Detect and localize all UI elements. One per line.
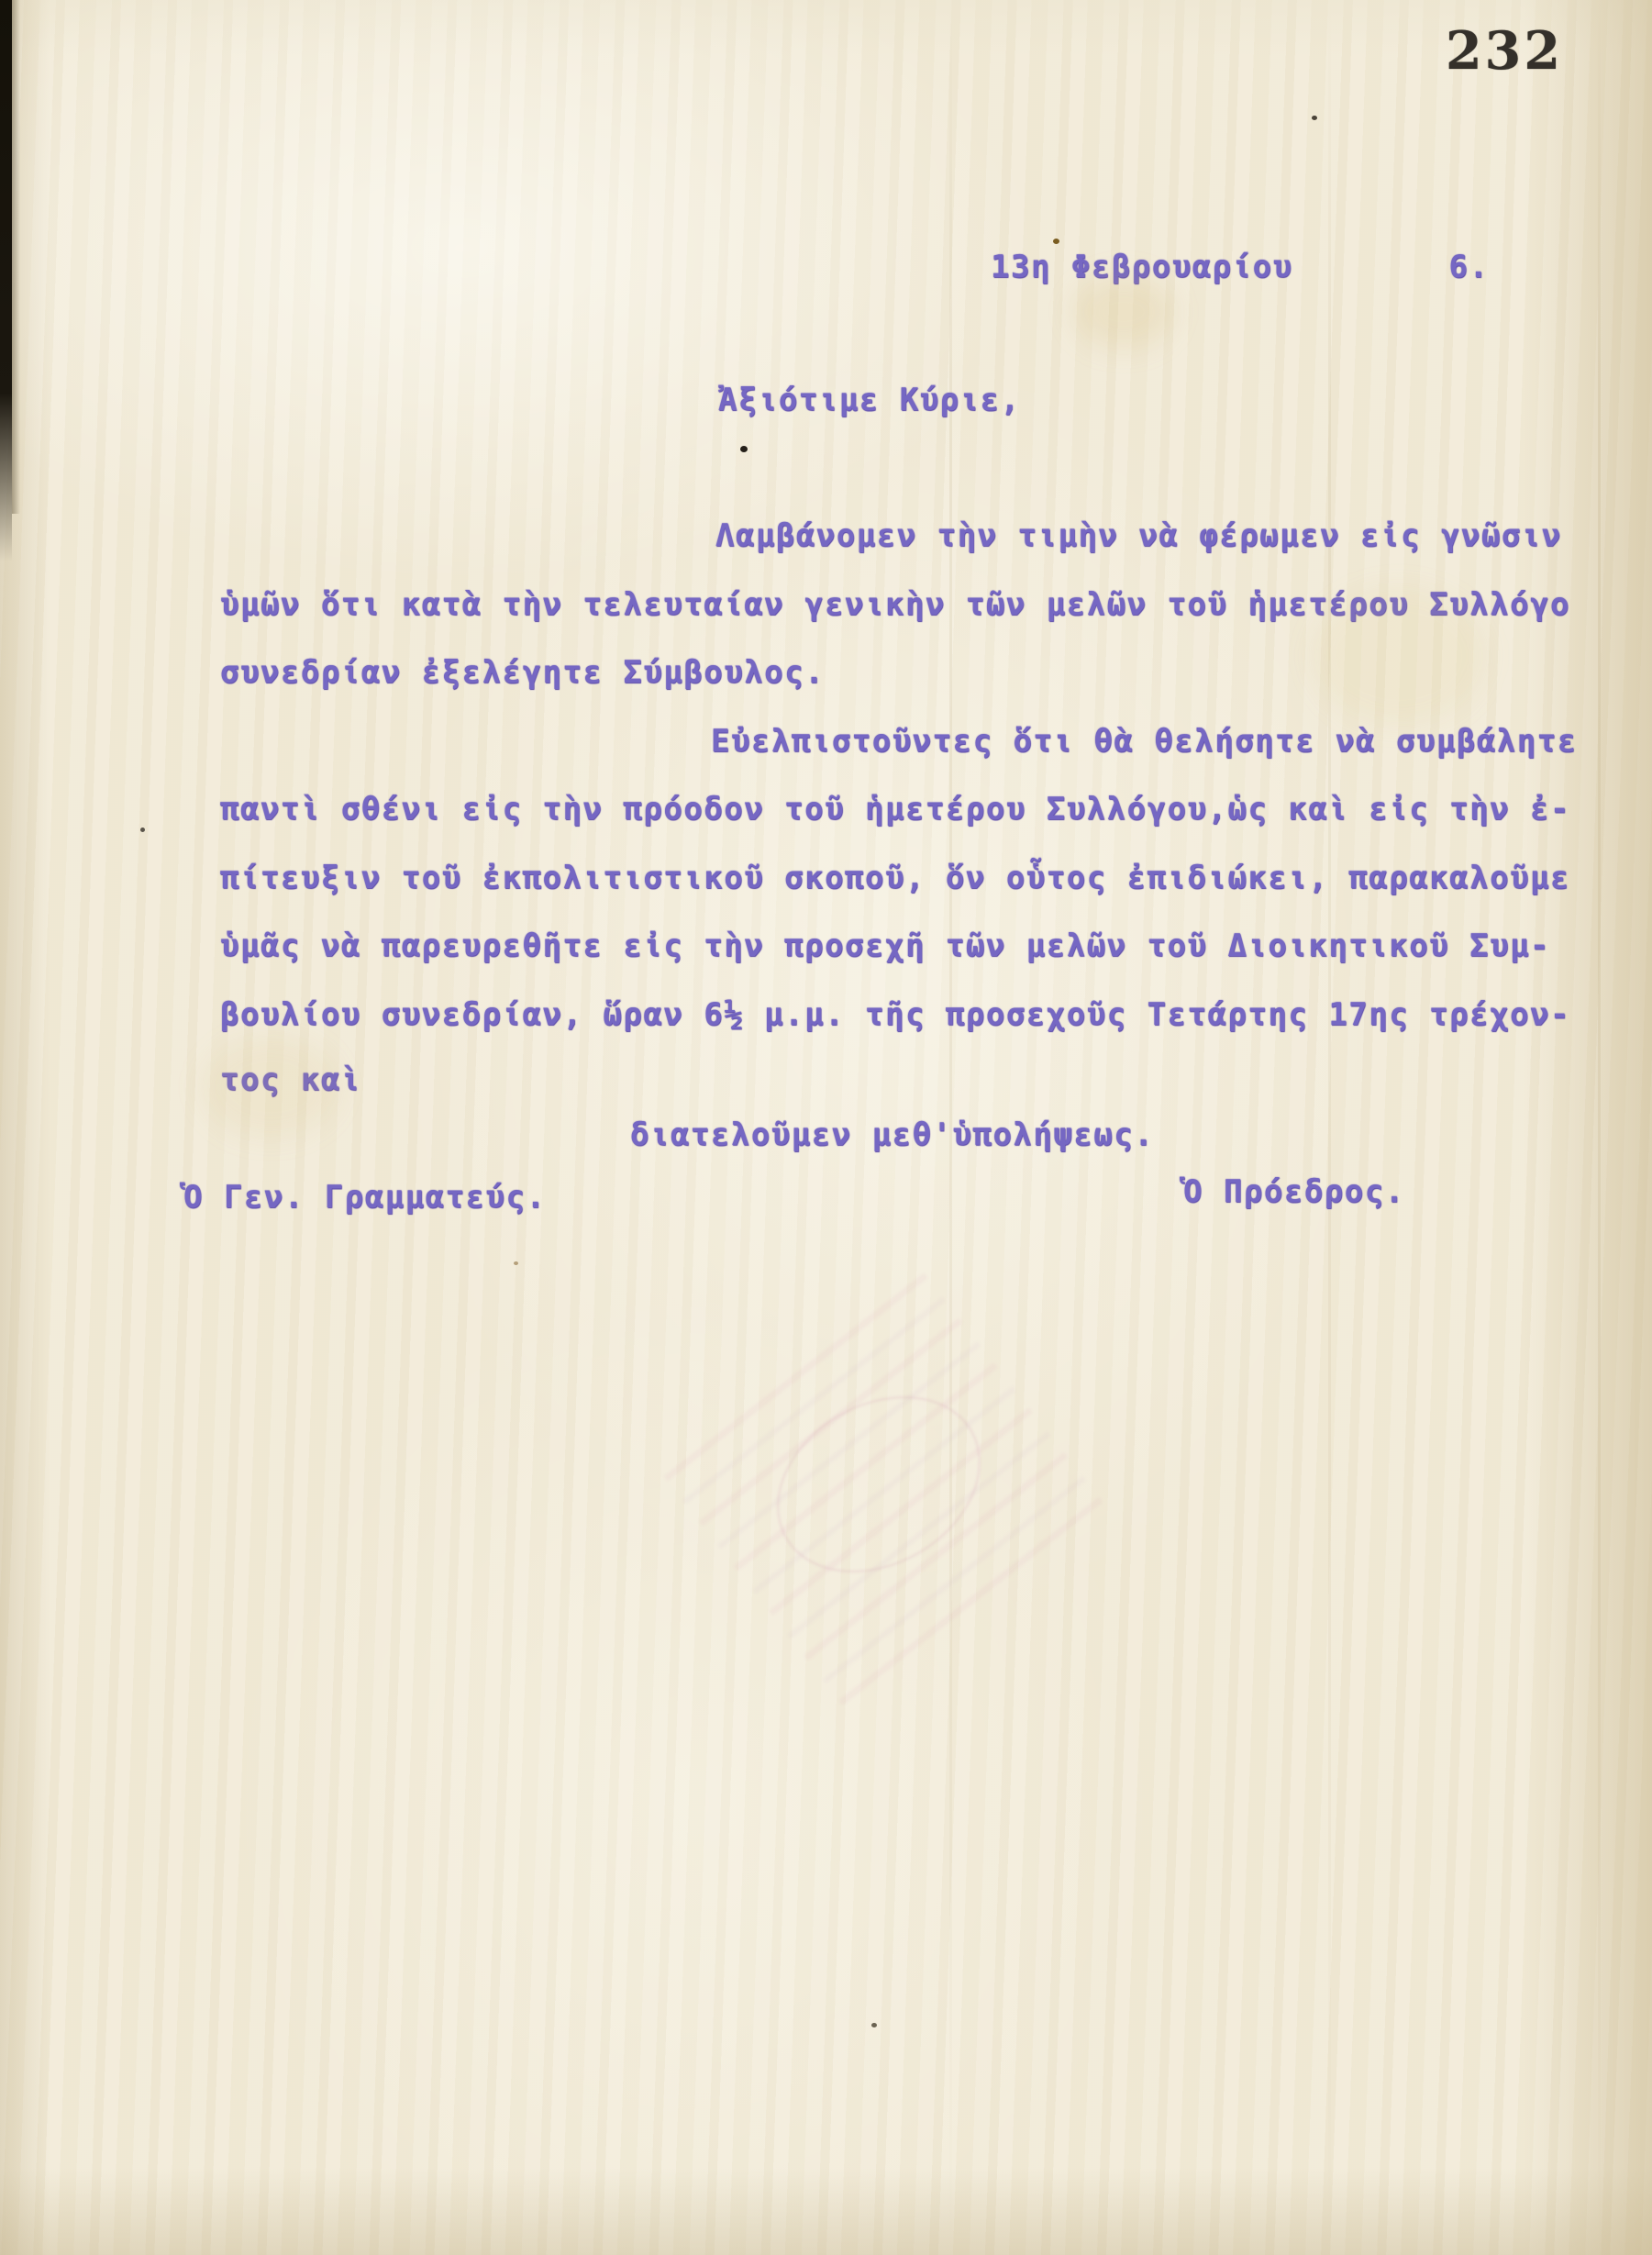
- foxing-stain: [1312, 587, 1486, 725]
- ink-speck: [740, 446, 748, 452]
- closing-line: διατελοῦμεν μεθ'ὑπολήψεως.: [630, 1117, 1154, 1153]
- foxing-speck: [871, 2023, 877, 2027]
- paper-fold-line: [1328, 0, 1331, 2255]
- signature-president: Ὁ Πρόεδρος.: [1183, 1174, 1405, 1210]
- paper-fold-line: [1598, 0, 1601, 2255]
- body-line-p2-2: παντὶ σθένι εἰς τὴν πρόοδον τοῦ ἡμετέρου…: [220, 792, 1570, 828]
- page-number: 232: [1446, 20, 1563, 82]
- scanned-letter-page: 232 13η Φεβρουαρίου6. Ἀξιότιμε Κύριε, Λα…: [0, 0, 1652, 2255]
- foxing-speck: [1053, 239, 1059, 244]
- scan-edge-shadow: [12, 0, 20, 514]
- date-year: 6.: [1449, 249, 1490, 285]
- body-line-p2-1: Εὐελπιστοῦντες ὅτι θὰ θελήσητε νὰ συμβάλ…: [711, 724, 1578, 760]
- foxing-stain: [1073, 275, 1174, 349]
- scan-edge-artifact: [0, 0, 12, 561]
- body-line-p2-4: ὑμᾶς νὰ παρευρεθῆτε εἰς τὴν προσεχῆ τῶν …: [220, 928, 1550, 964]
- body-line-p2-3: πίτευξιν τοῦ ἐκπολιτιστικοῦ σκοποῦ, ὅν ο…: [220, 861, 1570, 896]
- foxing-stain: [202, 1037, 339, 1138]
- body-line-p2-5: βουλίου συνεδρίαν, ὥραν 6½ μ.μ. τῆς προσ…: [220, 997, 1570, 1033]
- foxing-speck: [140, 828, 145, 832]
- date-line: 13η Φεβρουαρίου6.: [991, 250, 1490, 285]
- body-line-p1-3: συνεδρίαν ἐξελέγητε Σύμβουλος.: [220, 655, 825, 691]
- body-line-p1-1: Λαμβάνομεν τὴν τιμὴν νὰ φέρωμεν εἰς γνῶσ…: [715, 518, 1562, 554]
- foxing-speck: [514, 1261, 518, 1265]
- foxing-speck: [1312, 116, 1317, 120]
- salutation: Ἀξιότιμε Κύριε,: [718, 383, 1021, 418]
- signature-secretary: Ὁ Γεν. Γραμματεύς.: [183, 1180, 546, 1216]
